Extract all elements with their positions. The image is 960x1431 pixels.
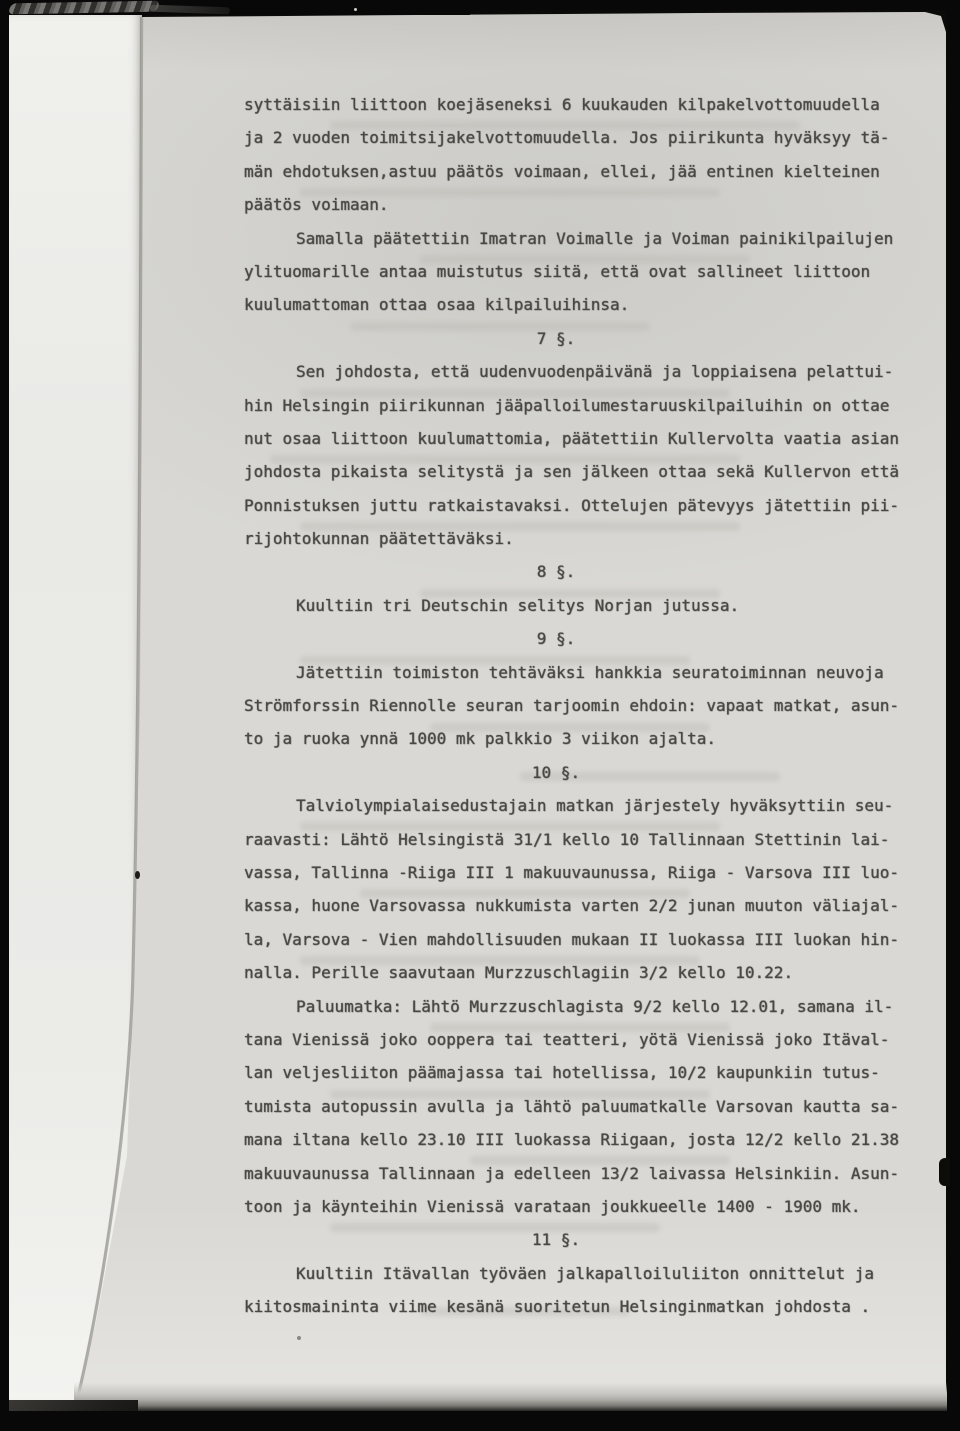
text-line: Talviolympialaisedustajain matkan järjes… [244,789,912,822]
section-heading: 9 §. [222,622,890,655]
ink-speck [135,871,140,879]
text-line: vassa, Tallinna -Riiga III 1 makuuvaunus… [244,856,912,889]
ink-speck [297,1336,301,1340]
section-heading: 8 §. [222,555,890,588]
page-stack-edge [74,1382,948,1412]
text-line: syttäisiin liittoon koejäseneksi 6 kuuka… [244,88,912,121]
text-line: la, Varsova - Vien mahdollisuuden mukaan… [244,923,912,956]
text-line: Kuultiin Itävallan työväen jalkapalloilu… [244,1257,912,1290]
dust-speck [354,8,357,11]
text-line: ylituomarille antaa muistutus siitä, ett… [244,255,912,288]
text-line: mana iltana kello 23.10 III luokassa Rii… [244,1123,912,1156]
text-line: nut osaa liittoon kuulumattomia, päätett… [244,422,912,455]
section-heading: 11 §. [222,1223,890,1256]
scan-border-bottom [0,1411,960,1431]
text-line: hin Helsingin piirikunnan jääpalloilumes… [244,389,912,422]
scan-border-left [0,0,9,1431]
text-line: Sen johdosta, että uudenvuodenpäivänä ja… [244,355,912,388]
text-line: Strömforssin Riennolle seuran tarjoomin … [244,689,912,722]
text-line: Ponnistuksen juttu ratkaistavaksi. Ottel… [244,489,912,522]
text-line: män ehdotuksen,astuu päätös voimaan, ell… [244,155,912,188]
text-line: kiitosmaininta viime kesänä suoritetun H… [244,1290,912,1323]
text-line: johdosta pikaista selitystä ja sen jälke… [244,455,912,488]
text-line: raavasti: Lähtö Helsingistä 31/1 kello 1… [244,823,912,856]
text-line: Samalla päätettiin Imatran Voimalle ja V… [244,222,912,255]
text-line: nalla. Perille saavutaan Murzzuschlagiin… [244,956,912,989]
scanned-document-page: syttäisiin liittoon koejäseneksi 6 kuuka… [0,0,960,1431]
section-heading: 7 §. [222,322,890,355]
text-line: toon ja käynteihin Vienissä varataan jou… [244,1190,912,1223]
text-line: lan veljesliiton päämajassa tai hotellis… [244,1056,912,1089]
text-line: päätös voimaan. [244,188,912,221]
text-line: tana Vienissä joko ooppera tai teatteri,… [244,1023,912,1056]
text-line: tumista autopussin avulla ja lähtö paluu… [244,1090,912,1123]
scan-border-right [947,0,960,1431]
text-line: Jätettiin toimiston tehtäväksi hankkia s… [244,656,912,689]
text-line: ja 2 vuoden toimitsijakelvottomuudella. … [244,121,912,154]
text-line: makuuvaunussa Tallinnaan ja edelleen 13/… [244,1157,912,1190]
text-line: Paluumatka: Lähtö Murzzuschlagista 9/2 k… [244,990,912,1023]
section-heading: 10 §. [222,756,890,789]
text-line: to ja ruoka ynnä 1000 mk palkkio 3 viiko… [244,722,912,755]
right-edge-notch [939,1158,950,1186]
text-line: rijohtokunnan päätettäväksi. [244,522,912,555]
text-line: kuulumattoman ottaa osaa kilpailuihinsa. [244,288,912,321]
typewritten-text-block: syttäisiin liittoon koejäseneksi 6 kuuka… [244,88,912,1323]
text-line: Kuultiin tri Deutschin selitys Norjan ju… [244,589,912,622]
text-line: kassa, huone Varsovassa nukkumista varte… [244,889,912,922]
